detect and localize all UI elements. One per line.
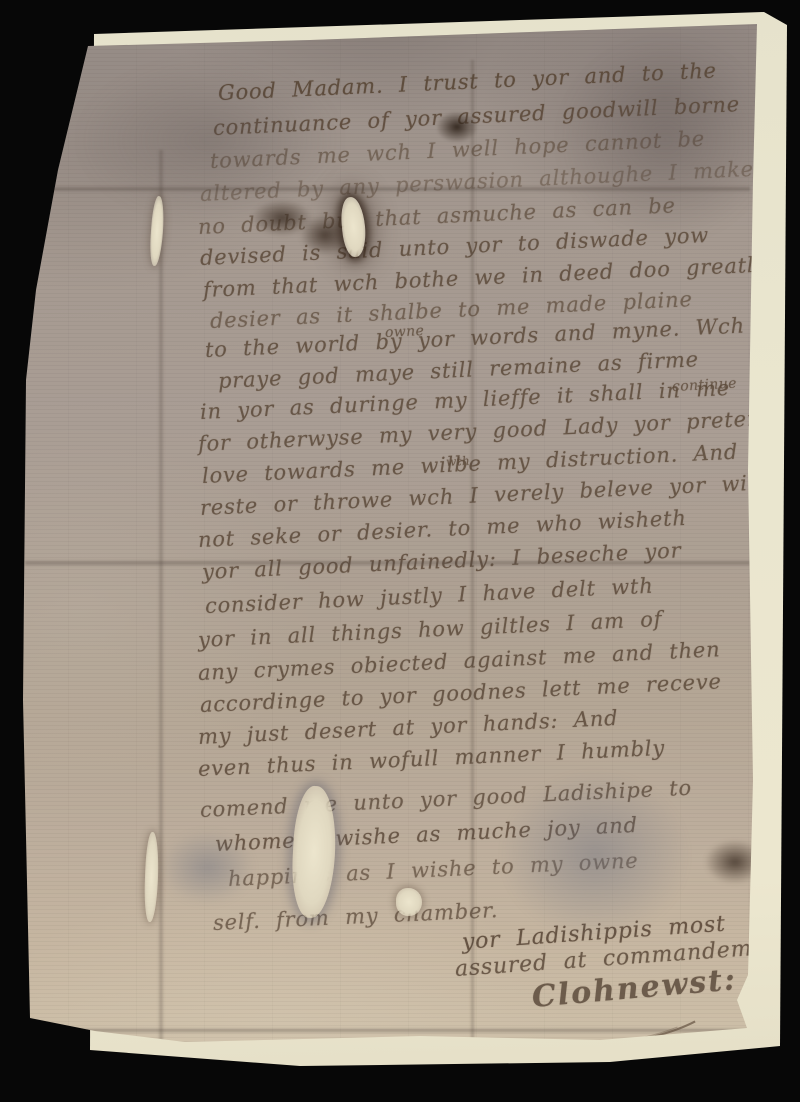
fold-crease-middle: [25, 560, 750, 566]
water-stain-left: [160, 830, 255, 905]
fold-crease-vertical-left: [158, 150, 164, 1040]
fold-crease-vertical-right: [470, 60, 475, 1040]
water-stain-center: [500, 770, 690, 940]
ink-blot-heavy: [437, 112, 477, 142]
dark-patch-top-right: [560, 40, 770, 240]
letter-paper: Good Madam. I trust to yor and to thecon…: [0, 0, 800, 1102]
damage-layer: [0, 0, 800, 1102]
manuscript-photo: Good Madam. I trust to yor and to thecon…: [0, 0, 800, 1102]
fold-crease-upper: [30, 186, 750, 192]
tear-patch-large: [290, 785, 339, 919]
dark-patch-top-left: [80, 60, 340, 220]
tear-chip: [396, 888, 422, 916]
